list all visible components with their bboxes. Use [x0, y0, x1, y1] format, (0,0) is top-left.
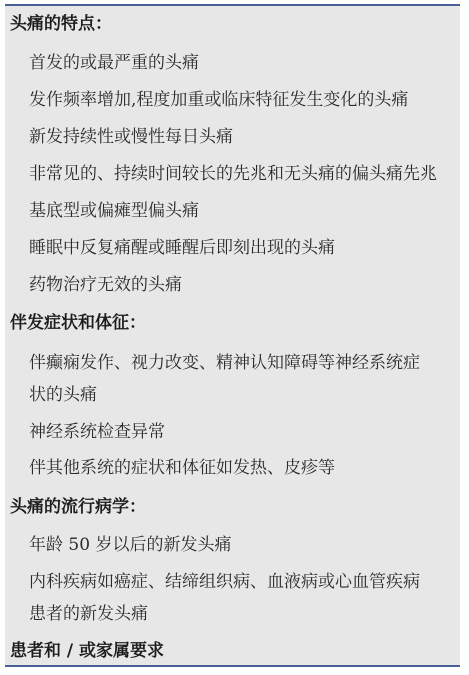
list-item: 伴癫痫发作、视力改变、精神认知障碍等神经系统症: [29, 353, 420, 373]
list-item: 非常见的、持续时间较长的先兆和无头痛的偏头痛先兆: [29, 164, 437, 184]
list-item-continuation: 患者的新发头痛: [29, 604, 148, 624]
list-item: 内科疾病如癌症、结缔组织病、血液病或心血管疾病: [29, 572, 420, 592]
list-item: 年龄 50 岁以后的新发头痛: [29, 535, 231, 555]
section-heading-headache-features: 头痛的特点：: [10, 14, 112, 34]
list-item-continuation: 状的头痛: [29, 385, 97, 405]
list-item: 首发的或最严重的头痛: [29, 53, 199, 73]
section-heading-accompanying-symptoms: 伴发症状和体征：: [10, 313, 146, 333]
list-item: 神经系统检查异常: [29, 422, 165, 442]
list-item: 新发持续性或慢性每日头痛: [29, 127, 233, 147]
list-item: 药物治疗无效的头痛: [29, 275, 182, 295]
list-item: 基底型或偏瘫型偏头痛: [29, 201, 199, 221]
list-item: 伴其他系统的症状和体征如发热、皮疹等: [29, 458, 335, 478]
section-heading-patient-request: 患者和 / 或家属要求: [10, 641, 164, 661]
section-heading-epidemiology: 头痛的流行病学：: [10, 497, 146, 517]
list-item: 发作频率增加,程度加重或临床特征发生变化的头痛: [29, 90, 408, 110]
list-item: 睡眠中反复痛醒或睡醒后即刻出现的头痛: [29, 238, 335, 258]
